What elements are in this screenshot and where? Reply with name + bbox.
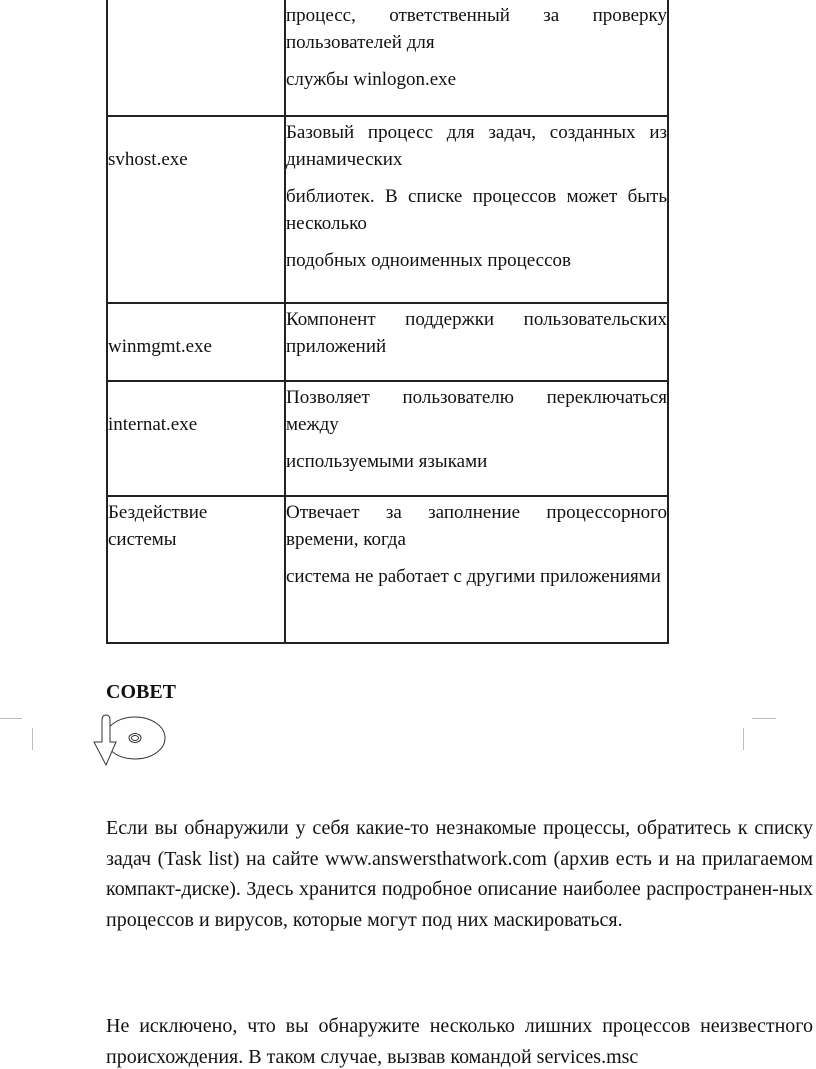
- process-name: svhost.exe: [108, 117, 284, 173]
- process-name-cell: Бездействие системы: [107, 496, 285, 643]
- process-name-cell: internat.exe: [107, 381, 285, 496]
- description-line: используемыми языками: [286, 448, 667, 475]
- process-name: winmgmt.exe: [108, 304, 284, 360]
- process-table: процесс, ответственный за проверку польз…: [106, 0, 669, 644]
- table-row: процесс, ответственный за проверку польз…: [107, 0, 668, 116]
- description-line: службы winlogon.exe: [286, 66, 667, 93]
- process-description-cell: Базовый процесс для задач, созданных из …: [285, 116, 668, 303]
- crop-mark: [752, 718, 776, 719]
- description-line: Отвечает за заполнение процессорного вре…: [286, 499, 667, 553]
- tip-heading: СОВЕТ: [106, 681, 176, 704]
- process-name-cell: svhost.exe: [107, 116, 285, 303]
- process-description-cell: процесс, ответственный за проверку польз…: [285, 0, 668, 116]
- table-row: internat.exe Позволяет пользователю пере…: [107, 381, 668, 496]
- description-line: процесс, ответственный за проверку польз…: [286, 2, 667, 56]
- description-line: Базовый процесс для задач, созданных из …: [286, 119, 667, 173]
- process-name-cell: winmgmt.exe: [107, 303, 285, 381]
- process-name: Бездействие системы: [108, 497, 228, 553]
- crop-mark: [743, 728, 744, 750]
- process-name: internat.exe: [108, 382, 284, 438]
- crop-mark: [32, 728, 33, 750]
- process-table-grid: процесс, ответственный за проверку польз…: [106, 0, 669, 644]
- description-line: система не работает с другими приложения…: [286, 563, 667, 590]
- table-row: svhost.exe Базовый процесс для задач, со…: [107, 116, 668, 303]
- process-description-cell: Позволяет пользователю переключаться меж…: [285, 381, 668, 496]
- cd-download-arrow-icon: [90, 710, 170, 775]
- process-description-cell: Компонент поддержки пользовательских при…: [285, 303, 668, 381]
- description-line: подобных одноименных процессов: [286, 247, 667, 274]
- process-name-cell: [107, 0, 285, 116]
- body-paragraph: Не исключено, что вы обнаружите нескольк…: [106, 1011, 813, 1069]
- crop-mark: [0, 718, 22, 719]
- process-description-cell: Отвечает за заполнение процессорного вре…: [285, 496, 668, 643]
- tip-paragraph: Если вы обнаружили у себя какие-то незна…: [106, 813, 813, 935]
- description-line: Компонент поддержки пользовательских при…: [286, 306, 667, 360]
- table-row: Бездействие системы Отвечает за заполнен…: [107, 496, 668, 643]
- description-line: библиотек. В списке процессов может быть…: [286, 183, 667, 237]
- table-row: winmgmt.exe Компонент поддержки пользова…: [107, 303, 668, 381]
- description-line: Позволяет пользователю переключаться меж…: [286, 384, 667, 438]
